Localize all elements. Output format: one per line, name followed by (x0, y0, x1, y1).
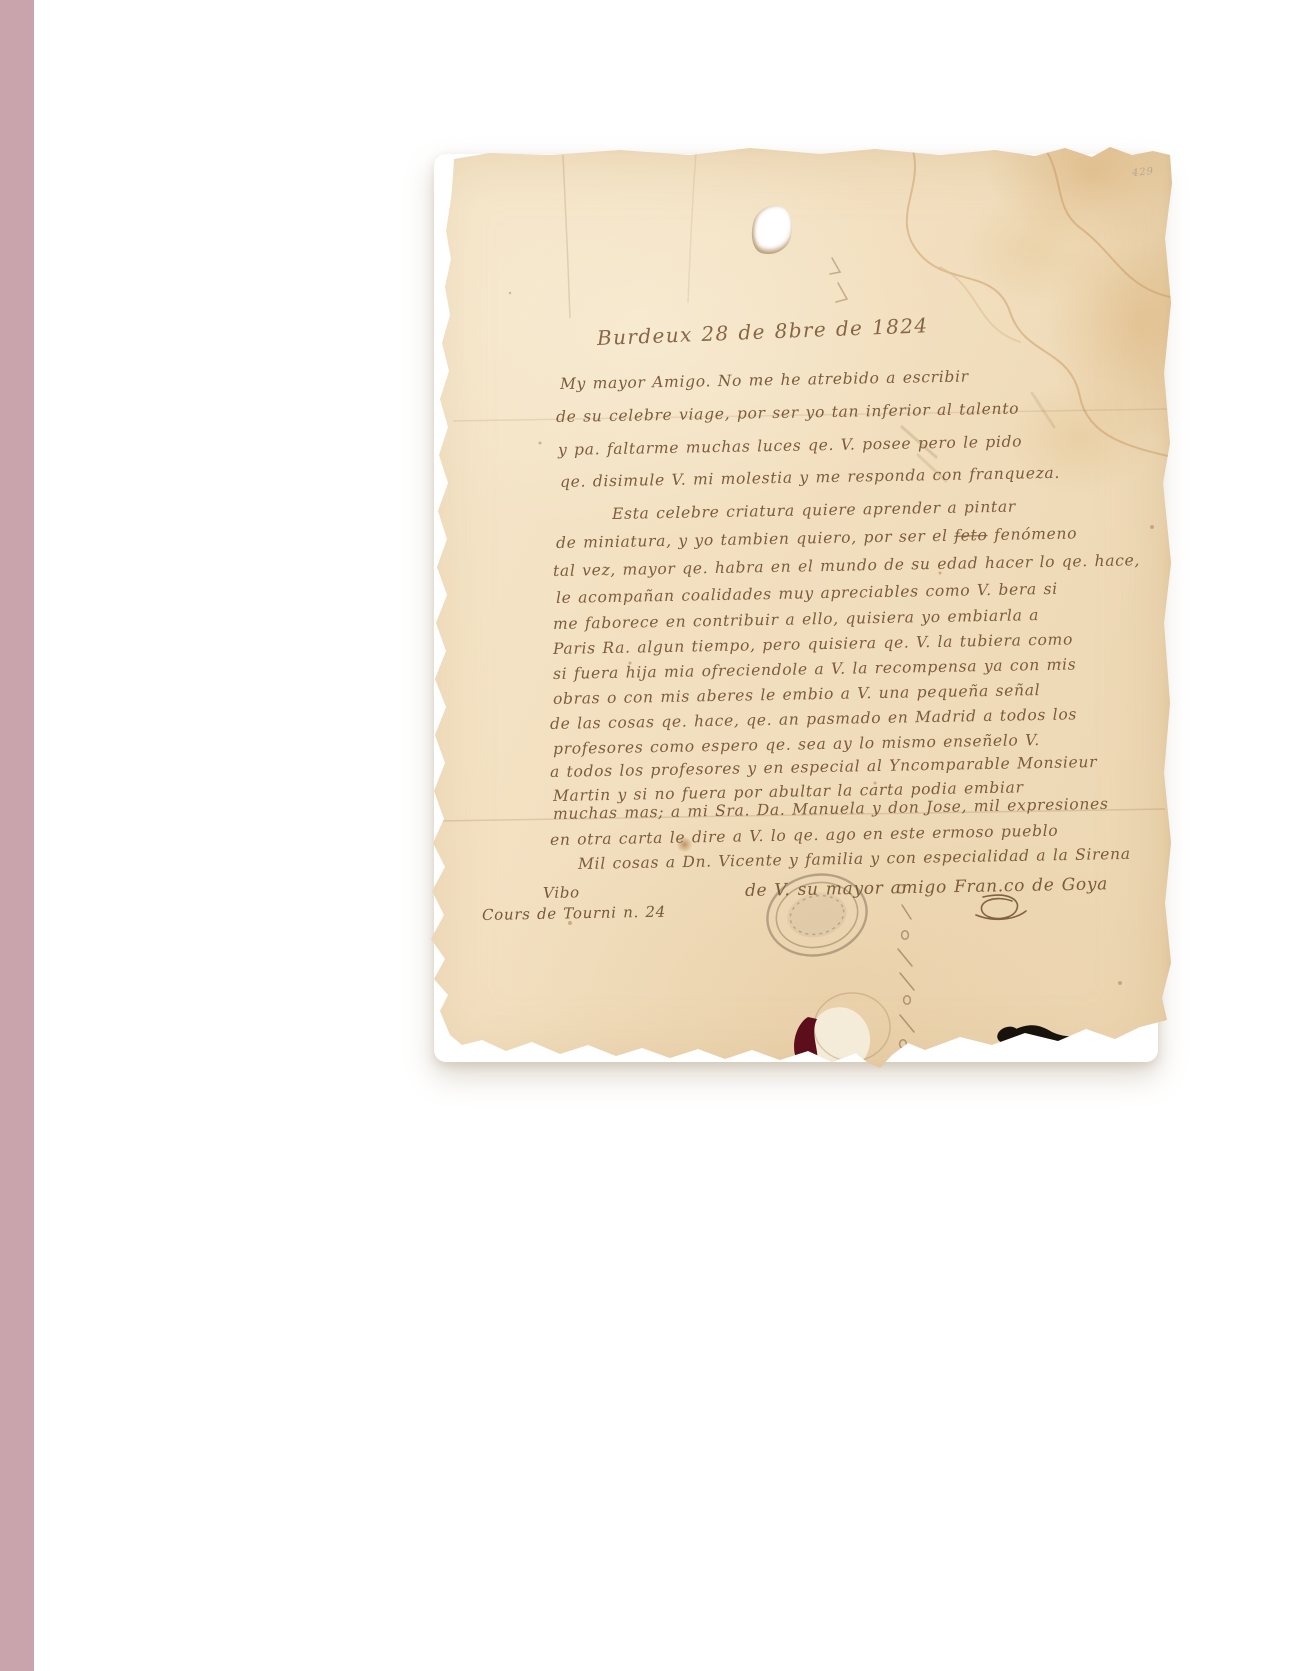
letter-line-segment: fenómeno (987, 524, 1077, 544)
signature-rubric (976, 895, 1026, 919)
pencil-inventory-number: 429 (1131, 166, 1154, 179)
struck-word: feto (954, 526, 988, 545)
paper-marks (420, 143, 1172, 1073)
catalog-page: 429 Burdeux 28 de 8bre de 1824 My mayor … (0, 0, 1301, 1671)
sender-address-line: Vibo (543, 883, 580, 902)
letter-photo: 429 Burdeux 28 de 8bre de 1824 My mayor … (420, 143, 1172, 1073)
accent-stripe (0, 0, 34, 1671)
sender-address-line: Cours de Tourni n. 24 (482, 903, 666, 924)
tally-marks (898, 885, 914, 1048)
